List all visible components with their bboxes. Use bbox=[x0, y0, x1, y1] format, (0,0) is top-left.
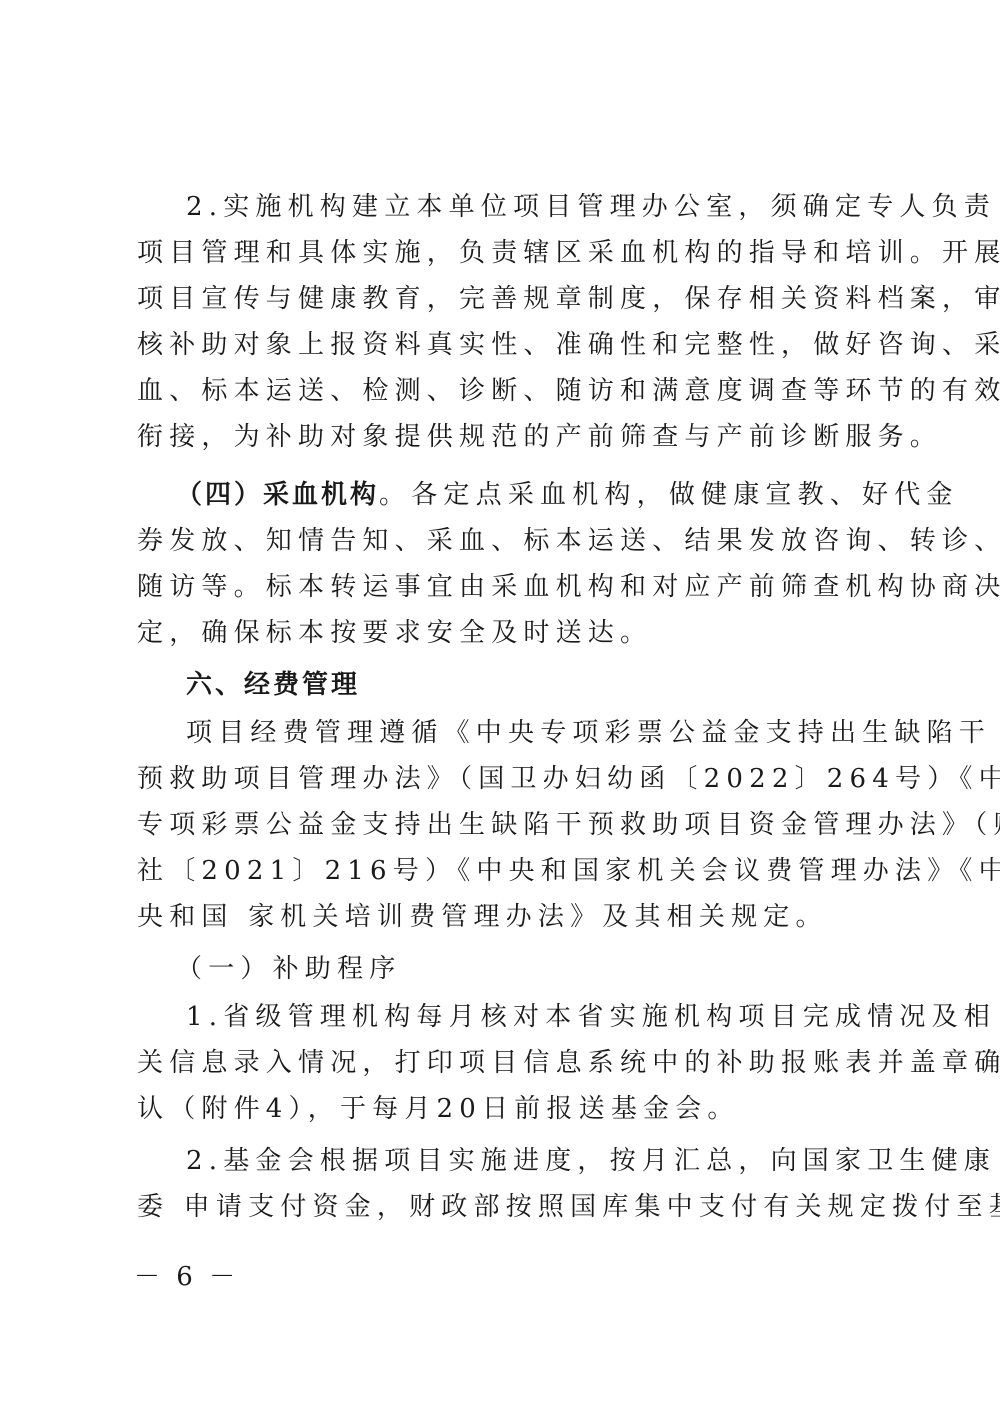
paragraph-line: 社〔2021〕216号）《中央和国家机关会议费管理办法》《中 bbox=[137, 848, 867, 894]
paragraph-line: 项目管理和具体实施，负责辖区采血机构的指导和培训。开展 bbox=[137, 230, 867, 276]
sub-heading: （一）补助程序 bbox=[176, 946, 857, 992]
section-heading: 六、经费管理 bbox=[186, 662, 867, 708]
document-page: 2.实施机构建立本单位项目管理办公室，须确定专人负责 项目管理和具体实施，负责辖… bbox=[0, 0, 1000, 1414]
paragraph-line: 央和国 家机关培训费管理办法》及其相关规定。 bbox=[137, 894, 867, 940]
paragraph-line: 关信息录入情况，打印项目信息系统中的补助报账表并盖章确 bbox=[137, 1040, 867, 1086]
paragraph-line: 券发放、知情告知、采血、标本运送、结果发放咨询、转诊、 bbox=[137, 518, 867, 564]
paragraph-line: 2.基金会根据项目实施进度，按月汇总，向国家卫生健康 bbox=[186, 1138, 867, 1184]
sub-section-text: 。各定点采血机构，做健康宣教、好代金 bbox=[379, 480, 959, 510]
paragraph-line: 专项彩票公益金支持出生缺陷干预救助项目资金管理办法》（财 bbox=[137, 802, 867, 848]
paragraph-line: 随访等。标本转运事宜由采血机构和对应产前筛查机构协商决 bbox=[137, 564, 867, 610]
paragraph-line: 1.省级管理机构每月核对本省实施机构项目完成情况及相 bbox=[186, 994, 867, 1040]
paragraph-line: 定，确保标本按要求安全及时送达。 bbox=[137, 610, 867, 656]
paragraph-line: 预救助项目管理办法》（国卫办妇幼函〔2022〕264号）《中央 bbox=[137, 756, 867, 802]
paragraph-line: 2.实施机构建立本单位项目管理办公室，须确定专人负责 bbox=[186, 184, 867, 230]
paragraph-line: 项目宣传与健康教育，完善规章制度，保存相关资料档案，审 bbox=[137, 276, 867, 322]
paragraph-line: 项目经费管理遵循《中央专项彩票公益金支持出生缺陷干 bbox=[186, 710, 867, 756]
sub-section-title: （四）采血机构 bbox=[176, 480, 379, 510]
page-number: － 6 － bbox=[134, 1262, 239, 1292]
paragraph-line: 核补助对象上报资料真实性、准确性和完整性，做好咨询、采 bbox=[137, 322, 867, 368]
paragraph-line: 委 申请支付资金，财政部按照国库集中支付有关规定拨付至基 bbox=[137, 1184, 867, 1230]
paragraph-line: 认（附件4），于每月20日前报送基金会。 bbox=[137, 1086, 867, 1132]
paragraph-line: 血、标本运送、检测、诊断、随访和满意度调查等环节的有效 bbox=[137, 368, 867, 414]
sub-section-first-line: （四）采血机构。各定点采血机构，做健康宣教、好代金 bbox=[176, 472, 857, 518]
paragraph-line: 衔接，为补助对象提供规范的产前筛查与产前诊断服务。 bbox=[137, 414, 867, 460]
